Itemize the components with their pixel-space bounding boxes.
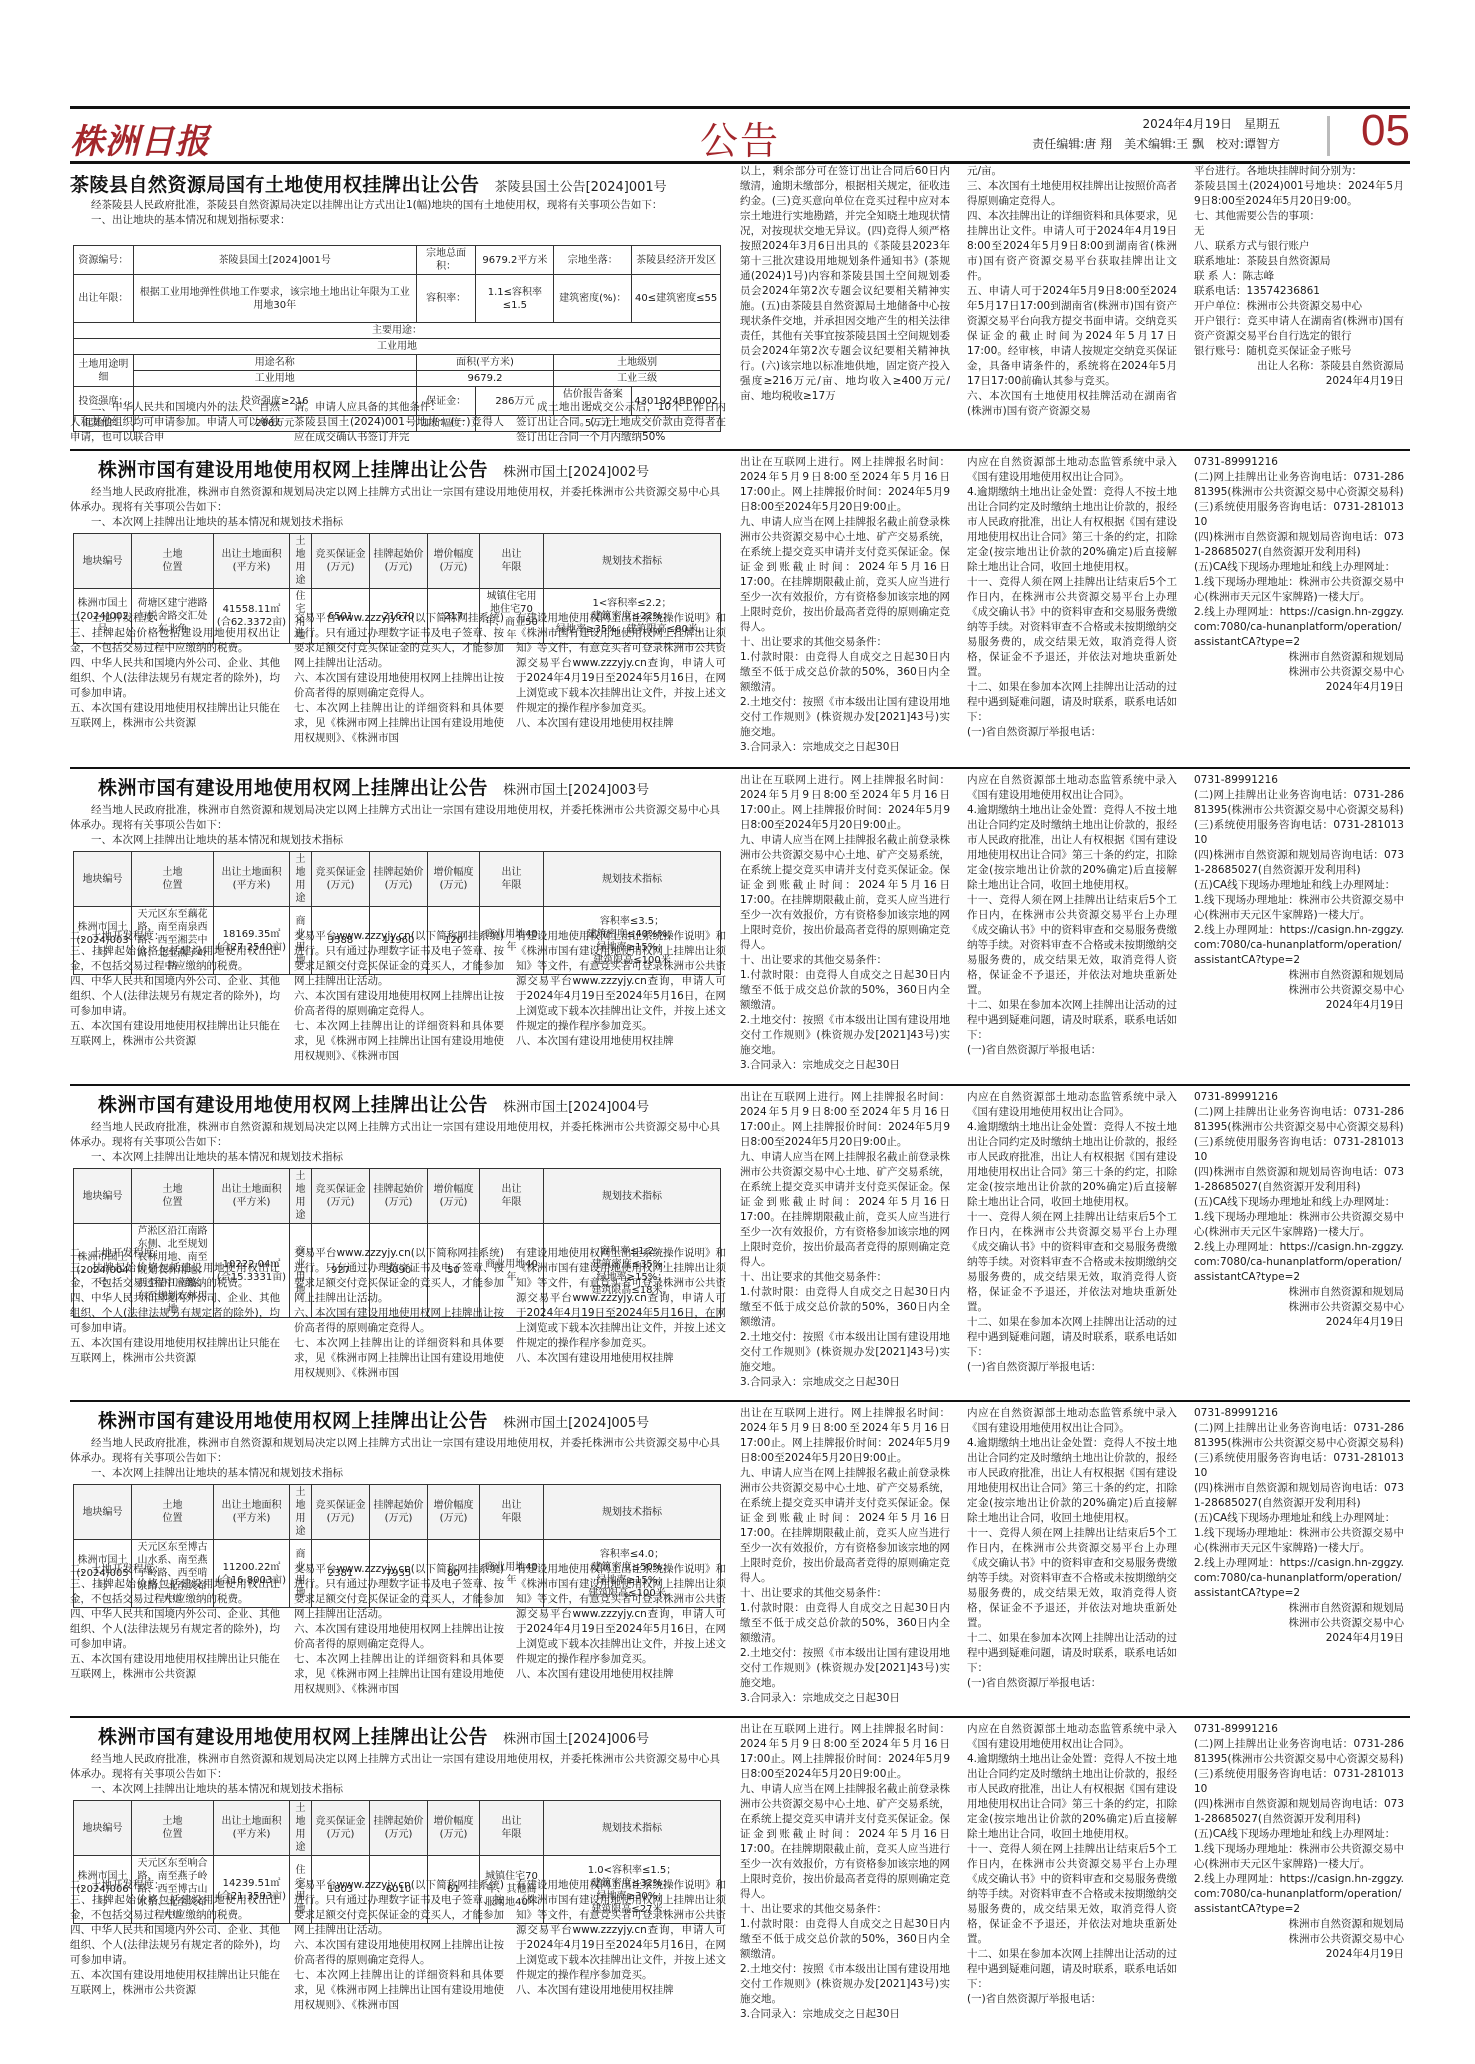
column-header: 竞买保证金 (万元) — [312, 852, 370, 907]
column-header: 规划技术指标 — [544, 852, 721, 907]
notice-title-main: 茶陵县自然资源局国有土地使用权挂牌出让公告 — [70, 174, 480, 196]
column-header: 出让土地面积 (平方米) — [214, 534, 290, 589]
column-header: 挂牌起始价 (万元) — [370, 534, 428, 589]
notice-col-a: 二、土地开发程度： 三、挂牌起始价格包括建设用地使用权出让金，不包括交易过程中应… — [70, 1246, 280, 1366]
notice-intro: 经当地人民政府批准，株洲市自然资源和规划局决定以网上挂牌方式出让一宗国有建设用地… — [70, 1436, 720, 1481]
column-header: 挂牌起始价 (万元) — [370, 1801, 428, 1856]
notice-col-c: 有建设用地使用权网上出让系统操作说明》和《株洲市国有建设用地使用权网上挂牌出让须… — [516, 1878, 726, 1998]
column-header: 竞买保证金 (万元) — [312, 1801, 370, 1856]
divider — [1327, 116, 1330, 156]
page-number: 05 — [1361, 106, 1410, 156]
column-header: 出让土地面积 (平方米) — [214, 852, 290, 907]
notice-col-f: 0731-89991216 (二)网上挂牌出让业务咨询电话：0731-28681… — [1194, 455, 1404, 695]
notice-col-e: 内应在自然资源部土地动态监管系统中录入《国有建设用地使用权出让合同》。 4.逾期… — [967, 455, 1177, 740]
column-header: 土地 位置 — [132, 852, 214, 907]
column-header: 出让土地面积 (平方米) — [214, 1801, 290, 1856]
column-header: 土地 用途 — [290, 852, 312, 907]
signer-center: 株洲市公共资源交易中心 — [1194, 665, 1404, 680]
column-header: 土地 位置 — [132, 1485, 214, 1540]
notice-zhuzhou-4: 株洲市国有建设用地使用权网上挂牌出让公告 株洲市国土[2024]004号 经当地… — [70, 1084, 1410, 1400]
newspaper-logo: 株洲日报 — [70, 114, 210, 163]
column-header: 土地 位置 — [132, 1169, 214, 1224]
notice-col-6: 平台进行。各地块挂牌时间分别为： 茶陵县国土(2024)001号地块：2024年… — [1194, 164, 1404, 389]
column-header: 增价幅度 (万元) — [428, 1169, 480, 1224]
sign-date: 2024年4月19日 — [1194, 680, 1404, 695]
column-header: 出让 年限 — [480, 1801, 544, 1856]
signer-bureau: 株洲市自然资源和规划局 — [1194, 1601, 1404, 1616]
column-header: 出让土地面积 (平方米) — [214, 1169, 290, 1224]
notice-title: 株洲市国有建设用地使用权网上挂牌出让公告 株洲市国土[2024]004号 — [98, 1090, 748, 1117]
notice-intro: 经当地人民政府批准，株洲市自然资源和规划局决定以网上挂牌方式出让一宗国有建设用地… — [70, 1120, 720, 1165]
notice-col-d: 出让在互联网上进行。网上挂牌报名时间：2024年5月9日8:00至2024年5月… — [740, 1090, 950, 1390]
notice-title-main: 株洲市国有建设用地使用权网上挂牌出让公告 — [98, 777, 488, 799]
section-rule — [70, 449, 1410, 451]
notice-col-e: 内应在自然资源部土地动态监管系统中录入《国有建设用地使用权出让合同》。 4.逾期… — [967, 773, 1177, 1058]
notice-col-3: 成土地出让成交公示后，10个工作日内签订出让合同。(二)土地成交价款由竞得者在签… — [516, 400, 726, 445]
notice-col-4: 以上，剩余部分可在签订出让合同后60日内缴清，逾期未缴部分，根据相关规定，征收违… — [740, 164, 950, 404]
column-header: 挂牌起始价 (万元) — [370, 1485, 428, 1540]
column-header: 增价幅度 (万元) — [428, 534, 480, 589]
column-header: 土地 用途 — [290, 1169, 312, 1224]
notice-col-b: 交易平台www.zzzyjy.cn(以下简称网挂系统)进行。只有通过办理数字证书… — [294, 1878, 504, 2013]
notice-col-b: 交易平台www.zzzyjy.cn(以下简称网挂系统)进行。只有通过办理数字证书… — [294, 929, 504, 1064]
issue-date: 2024年4月19日 星期五 — [1032, 114, 1280, 134]
column-header: 规划技术指标 — [544, 1485, 721, 1540]
signer-center: 株洲市公共资源交易中心 — [1194, 1300, 1404, 1315]
notice-col-d: 出让在互联网上进行。网上挂牌报名时间：2024年5月9日8:00至2024年5月… — [740, 1722, 950, 2022]
column-header: 增价幅度 (万元) — [428, 1801, 480, 1856]
notice-col-2: 请。申请人应具备的其他条件： 茶陵县国土(2024)001号地块：(一)竞得人应… — [294, 400, 504, 445]
signer-bureau: 株洲市自然资源和规划局 — [1194, 650, 1404, 665]
notice-col-f: 0731-89991216 (二)网上挂牌出让业务咨询电话：0731-28681… — [1194, 773, 1404, 1013]
notice-col-a: 二、土地开发程度： 三、挂牌起始价格包括建设用地使用权出让金，不包括交易过程中应… — [70, 611, 280, 731]
sign-date: 2024年4月19日 — [1194, 374, 1404, 389]
section-rule — [70, 1084, 1410, 1086]
column-header: 增价幅度 (万元) — [428, 852, 480, 907]
notice-title: 茶陵县自然资源局国有土地使用权挂牌出让公告 茶陵县国土公告[2024]001号 — [70, 170, 720, 197]
notice-col-a: 二、土地开发程度： 三、挂牌起始价格包括建设用地使用权出让金，不包括交易过程中应… — [70, 1878, 280, 1998]
notice-intro: 经当地人民政府批准，株洲市自然资源和规划局决定以网上挂牌方式出让一宗国有建设用地… — [70, 1752, 720, 1797]
notice-number: 茶陵县国土公告[2024]001号 — [495, 180, 667, 195]
column-header: 地块编号 — [74, 534, 132, 589]
column-header: 竞买保证金 (万元) — [312, 1169, 370, 1224]
column-header: 出让 年限 — [480, 534, 544, 589]
column-header: 挂牌起始价 (万元) — [370, 1169, 428, 1224]
column-header: 出让 年限 — [480, 852, 544, 907]
column-header: 规划技术指标 — [544, 1801, 721, 1856]
notice-number: 株洲市国土[2024]002号 — [503, 465, 649, 480]
column-header: 土地 位置 — [132, 534, 214, 589]
column-header: 出让土地面积 (平方米) — [214, 1485, 290, 1540]
column-header: 土地 用途 — [290, 534, 312, 589]
signer-center: 株洲市公共资源交易中心 — [1194, 1932, 1404, 1947]
notice-col-c: 有建设用地使用权网上出让系统操作说明》和《株洲市国有建设用地使用权网上挂牌出让须… — [516, 1246, 726, 1366]
column-header: 土地 位置 — [132, 1801, 214, 1856]
notice-col-f: 0731-89991216 (二)网上挂牌出让业务咨询电话：0731-28681… — [1194, 1406, 1404, 1646]
column-header: 地块编号 — [74, 852, 132, 907]
notice-col-c: 有建设用地使用权网上出让系统操作说明》和《株洲市国有建设用地使用权网上挂牌出让须… — [516, 1562, 726, 1682]
editors-credit: 责任编辑:唐 翔 美术编辑:王 飘 校对:谭智方 — [1032, 134, 1280, 154]
section-rule — [70, 1716, 1410, 1718]
notice-col-a: 二、土地开发程度： 三、挂牌起始价格包括建设用地使用权出让金，不包括交易过程中应… — [70, 1562, 280, 1682]
signer-bureau: 株洲市自然资源和规划局 — [1194, 1917, 1404, 1932]
notice-title: 株洲市国有建设用地使用权网上挂牌出让公告 株洲市国土[2024]006号 — [98, 1722, 748, 1749]
notice-col-c: 有建设用地使用权网上出让系统操作说明》和《株洲市国有建设用地使用权网上挂牌出让须… — [516, 929, 726, 1049]
notice-number: 株洲市国土[2024]006号 — [503, 1732, 649, 1747]
column-header: 挂牌起始价 (万元) — [370, 852, 428, 907]
sign-date: 2024年4月19日 — [1194, 1947, 1404, 1962]
notice-zhuzhou-5: 株洲市国有建设用地使用权网上挂牌出让公告 株洲市国土[2024]005号 经当地… — [70, 1400, 1410, 1716]
notice-number: 株洲市国土[2024]005号 — [503, 1416, 649, 1431]
notice-col-b: 交易平台www.zzzyjy.cn(以下简称网挂系统)进行。只有通过办理数字证书… — [294, 611, 504, 746]
masthead: 株洲日报 公告 2024年4月19日 星期五 责任编辑:唐 翔 美术编辑:王 飘… — [70, 110, 1410, 162]
notice-number: 株洲市国土[2024]003号 — [503, 783, 649, 798]
column-header: 土地 用途 — [290, 1801, 312, 1856]
column-header: 增价幅度 (万元) — [428, 1485, 480, 1540]
top-rule — [70, 106, 1410, 109]
notice-col-e: 内应在自然资源部土地动态监管系统中录入《国有建设用地使用权出让合同》。 4.逾期… — [967, 1722, 1177, 2007]
signer-bureau: 株洲市自然资源和规划局 — [1194, 1285, 1404, 1300]
sign-date: 2024年4月19日 — [1194, 998, 1404, 1013]
notice-title: 株洲市国有建设用地使用权网上挂牌出让公告 株洲市国土[2024]005号 — [98, 1406, 748, 1433]
signer: 出让人名称：茶陵县自然资源局 — [1194, 359, 1404, 374]
notice-title-main: 株洲市国有建设用地使用权网上挂牌出让公告 — [98, 1410, 488, 1432]
notice-intro: 经茶陵县人民政府批准，茶陵县自然资源局决定以挂牌出让方式出让1(幅)地块的国有土… — [70, 198, 720, 228]
column-header: 规划技术指标 — [544, 1169, 721, 1224]
signer-center: 株洲市公共资源交易中心 — [1194, 983, 1404, 998]
notice-zhuzhou-2: 株洲市国有建设用地使用权网上挂牌出让公告 株洲市国土[2024]002号 经当地… — [70, 449, 1410, 765]
notice-title-main: 株洲市国有建设用地使用权网上挂牌出让公告 — [98, 459, 488, 481]
notice-col-d: 出让在互联网上进行。网上挂牌报名时间：2024年5月9日8:00至2024年5月… — [740, 455, 950, 755]
column-header: 地块编号 — [74, 1169, 132, 1224]
notice-col-b: 交易平台www.zzzyjy.cn(以下简称网挂系统)进行。只有通过办理数字证书… — [294, 1562, 504, 1697]
notice-intro: 经当地人民政府批准，株洲市自然资源和规划局决定以网上挂牌方式出让一宗国有建设用地… — [70, 803, 720, 848]
notice-zhuzhou-3: 株洲市国有建设用地使用权网上挂牌出让公告 株洲市国土[2024]003号 经当地… — [70, 767, 1410, 1083]
column-header: 地块编号 — [74, 1485, 132, 1540]
column-header: 竞买保证金 (万元) — [312, 534, 370, 589]
sign-date: 2024年4月19日 — [1194, 1631, 1404, 1646]
notice-col-5: 元/亩。 三、本次国有土地使用权挂牌出让按照价高者得原则确定竞得人。 四、本次挂… — [967, 164, 1177, 419]
notice-zhuzhou-6: 株洲市国有建设用地使用权网上挂牌出让公告 株洲市国土[2024]006号 经当地… — [70, 1716, 1410, 2032]
notice-col-e: 内应在自然资源部土地动态监管系统中录入《国有建设用地使用权出让合同》。 4.逾期… — [967, 1090, 1177, 1375]
notice-col-d: 出让在互联网上进行。网上挂牌报名时间：2024年5月9日8:00至2024年5月… — [740, 773, 950, 1073]
notice-number: 株洲市国土[2024]004号 — [503, 1100, 649, 1115]
notice-intro: 经当地人民政府批准，株洲市自然资源和规划局决定以网上挂牌方式出让一宗国有建设用地… — [70, 485, 720, 530]
notice-col-e: 内应在自然资源部土地动态监管系统中录入《国有建设用地使用权出让合同》。 4.逾期… — [967, 1406, 1177, 1691]
notice-col-f: 0731-89991216 (二)网上挂牌出让业务咨询电话：0731-28681… — [1194, 1722, 1404, 1962]
issue-meta: 2024年4月19日 星期五 责任编辑:唐 翔 美术编辑:王 飘 校对:谭智方 — [1032, 114, 1280, 154]
notice-title: 株洲市国有建设用地使用权网上挂牌出让公告 株洲市国土[2024]002号 — [98, 455, 748, 482]
notice-col-c: 有建设用地使用权网上出让系统操作说明》和《株洲市国有建设用地使用权网上挂牌出让须… — [516, 611, 726, 731]
column-header: 土地 用途 — [290, 1485, 312, 1540]
column-header: 竞买保证金 (万元) — [312, 1485, 370, 1540]
notice-title: 株洲市国有建设用地使用权网上挂牌出让公告 株洲市国土[2024]003号 — [98, 773, 748, 800]
section-rule — [70, 1400, 1410, 1402]
notice-chaling: 茶陵县自然资源局国有土地使用权挂牌出让公告 茶陵县国土公告[2024]001号 … — [70, 164, 1410, 448]
column-header: 规划技术指标 — [544, 534, 721, 589]
column-header: 出让 年限 — [480, 1485, 544, 1540]
notice-col-d: 出让在互联网上进行。网上挂牌报名时间：2024年5月9日8:00至2024年5月… — [740, 1406, 950, 1706]
notice-col-1: 二、中华人民共和国境内外的法人、自然人和其他组织均可申请参加。申请人可以单独申请… — [70, 400, 280, 445]
section-name: 公告 — [700, 110, 780, 165]
notice-title-main: 株洲市国有建设用地使用权网上挂牌出让公告 — [98, 1726, 488, 1748]
notice-col-b: 交易平台www.zzzyjy.cn(以下简称网挂系统)进行。只有通过办理数字证书… — [294, 1246, 504, 1381]
notice-title-main: 株洲市国有建设用地使用权网上挂牌出让公告 — [98, 1094, 488, 1116]
notice-col-f: 0731-89991216 (二)网上挂牌出让业务咨询电话：0731-28681… — [1194, 1090, 1404, 1330]
signer-bureau: 株洲市自然资源和规划局 — [1194, 968, 1404, 983]
column-header: 出让 年限 — [480, 1169, 544, 1224]
column-header: 地块编号 — [74, 1801, 132, 1856]
sign-date: 2024年4月19日 — [1194, 1315, 1404, 1330]
section-rule — [70, 767, 1410, 769]
notice-col-a: 二、土地开发程度： 三、挂牌起始价格包括建设用地使用权出让金，不包括交易过程中应… — [70, 929, 280, 1049]
signer-center: 株洲市公共资源交易中心 — [1194, 1616, 1404, 1631]
